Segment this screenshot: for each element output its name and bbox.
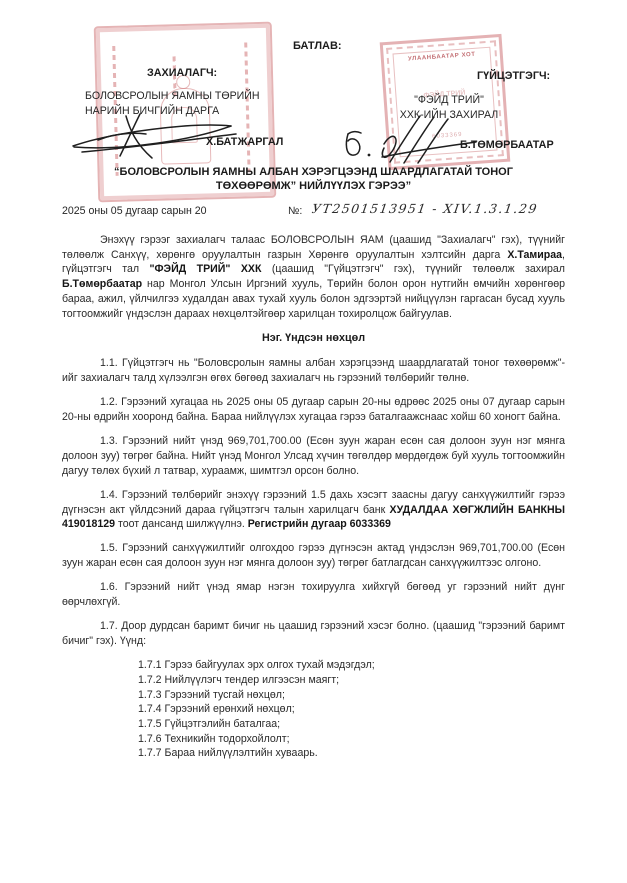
clause-1-3: 1.3. Гэрээний нийт үнэд 969,701,700.00 (…: [62, 434, 565, 478]
clause-1-5: 1.5. Гэрээний санхүүжилтийг олгохдоо гэр…: [62, 541, 565, 570]
subclause-1-7-5: 1.7.5 Гүйцэтгэлийн баталгаа;: [138, 717, 565, 732]
clause-1-2: 1.2. Гэрээний хугацаа нь 2025 оны 05 дуг…: [62, 395, 565, 424]
intro-paragraph: Энэхүү гэрээг захиалагч талаас БОЛОВСРОЛ…: [62, 233, 565, 321]
contract-page: УЛААНБААТАР ХОТ ФЭЙД ТРИЙ 6033369 БАТЛАВ…: [0, 0, 627, 883]
customer-org-line1: БОЛОВСРОЛЫН ЯАМНЫ ТӨРИЙН: [85, 89, 260, 104]
contract-title: “БОЛОВСРОЛЫН ЯАМНЫ АЛБАН ХЭРЭГЦЭЭНД ШААР…: [62, 165, 565, 193]
customer-role-label: ЗАХИАЛАГЧ:: [147, 67, 217, 79]
subclause-1-7-6: 1.7.6 Техникийн тодорхойлолт;: [138, 732, 565, 747]
executor-role-label: ГҮЙЦЭТГЭГЧ:: [477, 70, 550, 82]
contract-number-label: №:: [288, 205, 302, 217]
contract-number-handwritten: УТ2501513951 - XIV.1.3.1.29: [311, 201, 539, 216]
customer-signer-name: Х.БАТЖАРГАЛ: [206, 136, 283, 148]
contract-title-line2: ТӨХӨӨРӨМЖ” НИЙЛҮҮЛЭХ ГЭРЭЭ”: [62, 179, 565, 193]
subclause-1-7-1: 1.7.1 Гэрээ байгуулах эрх олгох тухай мэ…: [138, 658, 565, 673]
executor-signature: [338, 110, 488, 166]
subclause-1-7-2: 1.7.2 Нийлүүлэгч тендер илгээсэн маягт;: [138, 673, 565, 688]
contract-date: 2025 оны 05 дугаар сарын 20: [62, 205, 207, 217]
executor-org-line1: "ФЭЙД ТРИЙ": [396, 93, 502, 108]
subclause-1-7-3: 1.7.3 Гэрээний тусгай нөхцөл;: [138, 688, 565, 703]
clause-1-6: 1.6. Гэрээний нийт үнэд ямар нэгэн тохир…: [62, 580, 565, 609]
approval-label: БАТЛАВ:: [293, 40, 342, 52]
clause-1-7: 1.7. Доор дурдсан баримт бичиг нь цаашид…: [62, 619, 565, 648]
contract-body: Энэхүү гэрээг захиалагч талаас БОЛОВСРОЛ…: [62, 233, 565, 761]
clause-1-4: 1.4. Гэрээний төлбөрийг энэхүү гэрээний …: [62, 488, 565, 532]
section-one-heading: Нэг. Үндсэн нөхцөл: [62, 331, 565, 346]
executor-signer-name: Б.ТӨМӨРБААТАР: [460, 139, 554, 151]
contract-title-line1: “БОЛОВСРОЛЫН ЯАМНЫ АЛБАН ХЭРЭГЦЭЭНД ШААР…: [62, 165, 565, 179]
subclause-1-7-7: 1.7.7 Бараа нийлүүлэлтийн хуваарь.: [138, 746, 565, 761]
subclause-1-7-4: 1.7.4 Гэрээний ерөнхий нөхцөл;: [138, 702, 565, 717]
header: УЛААНБААТАР ХОТ ФЭЙД ТРИЙ 6033369 БАТЛАВ…: [0, 0, 627, 230]
clause-1-1: 1.1. Гүйцэтгэгч нь "Боловсролын яамны ал…: [62, 356, 565, 385]
stamp-city-text: УЛААНБААТАР ХОТ: [384, 50, 500, 64]
